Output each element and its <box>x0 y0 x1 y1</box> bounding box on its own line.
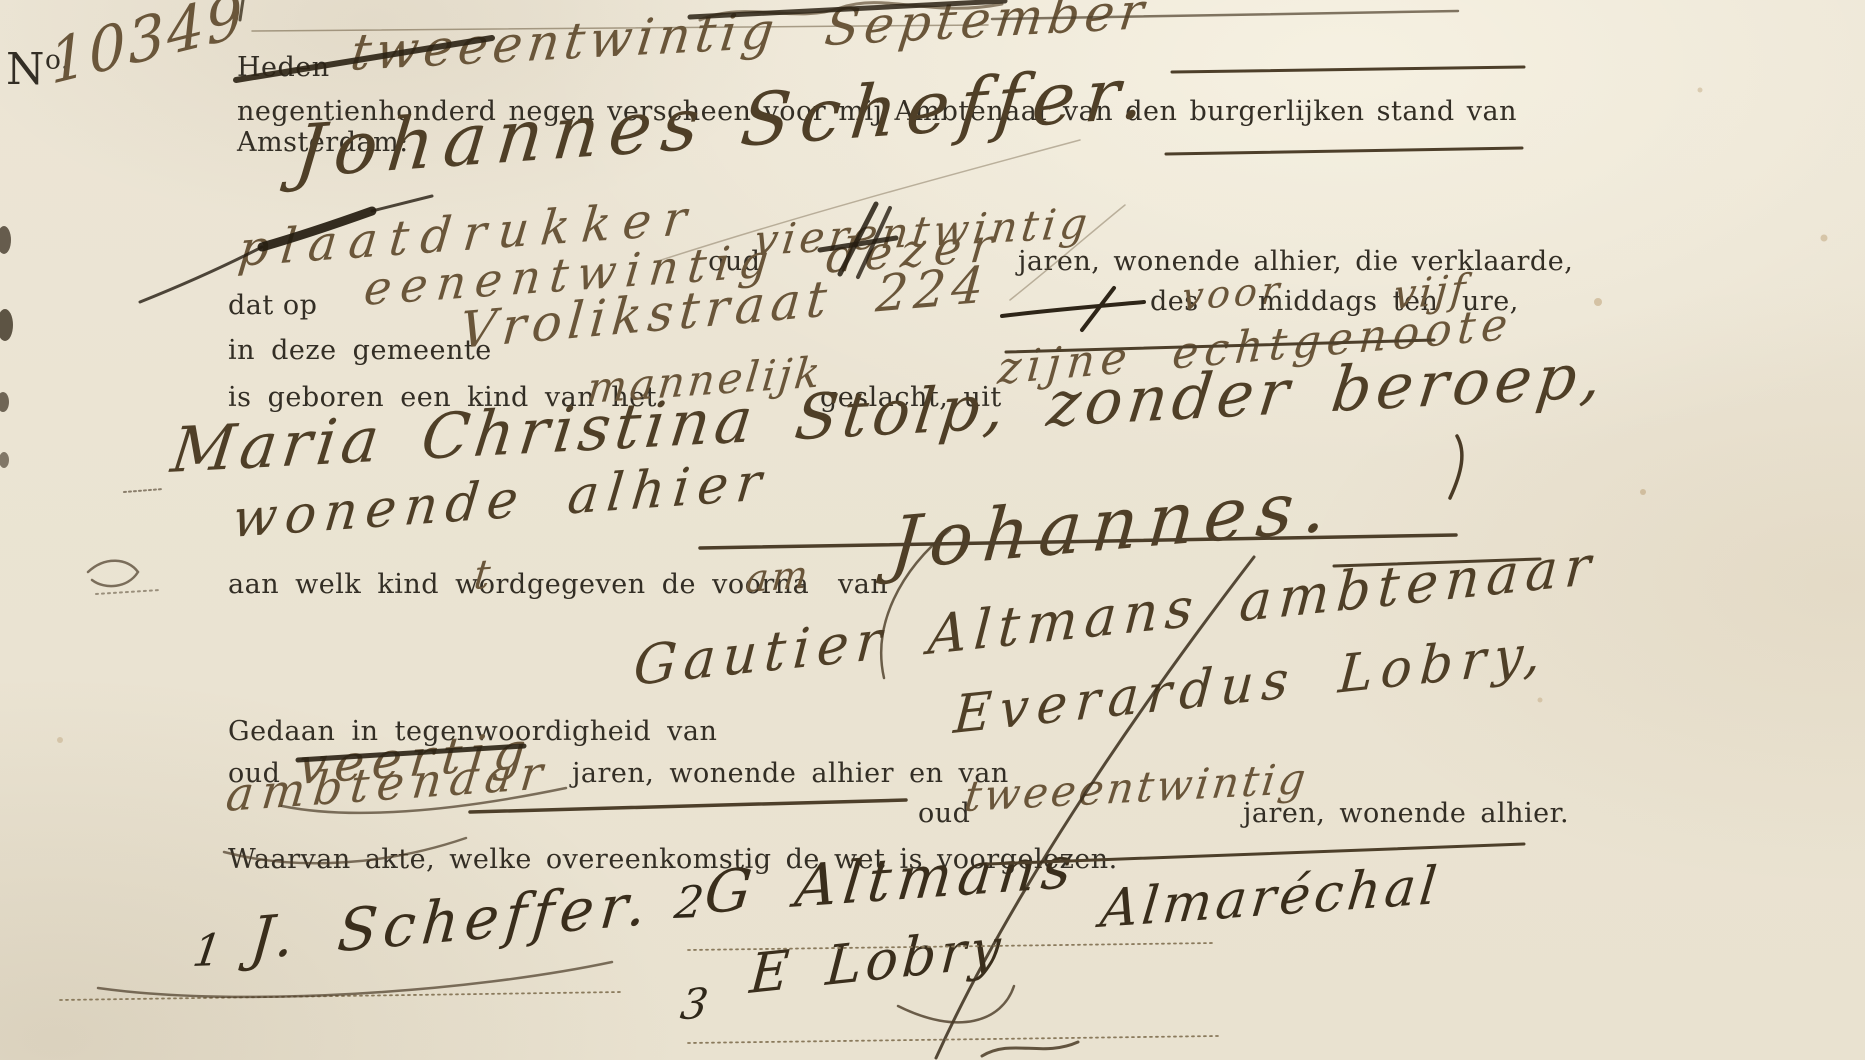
signature-witness2: E Lobry <box>748 921 1006 1002</box>
signature-index-2: 2 <box>672 881 706 926</box>
printed-in-deze-gemeente: in deze gemeente <box>228 335 492 366</box>
signature-registrar: Almaréchal <box>1098 860 1443 936</box>
printed-jaren-1: jaren, wonende alhier, die verklaarde, <box>1018 246 1573 277</box>
printed-jaren-3: jaren, wonende alhier. <box>1243 798 1569 829</box>
printed-jaren-2: jaren, wonende alhier en van <box>572 758 1009 789</box>
signature-index-1: 1 <box>190 929 224 974</box>
handwritten-child-name: Johannes. <box>888 468 1339 580</box>
printed-heden: Heden <box>237 52 330 83</box>
signature-declarant: J. Scheffer. <box>248 874 654 968</box>
signature-index-3: 3 <box>678 983 711 1026</box>
handwritten-voornaam-suffix: am <box>744 555 813 598</box>
printed-van: van <box>838 569 888 600</box>
record-number-value: 10349 <box>48 0 247 94</box>
record-number-label-n: N <box>6 44 45 95</box>
birth-record-document: No. 10349 Heden tweeentwintig September … <box>0 0 1865 1060</box>
printed-dat-op: dat op <box>228 290 317 321</box>
